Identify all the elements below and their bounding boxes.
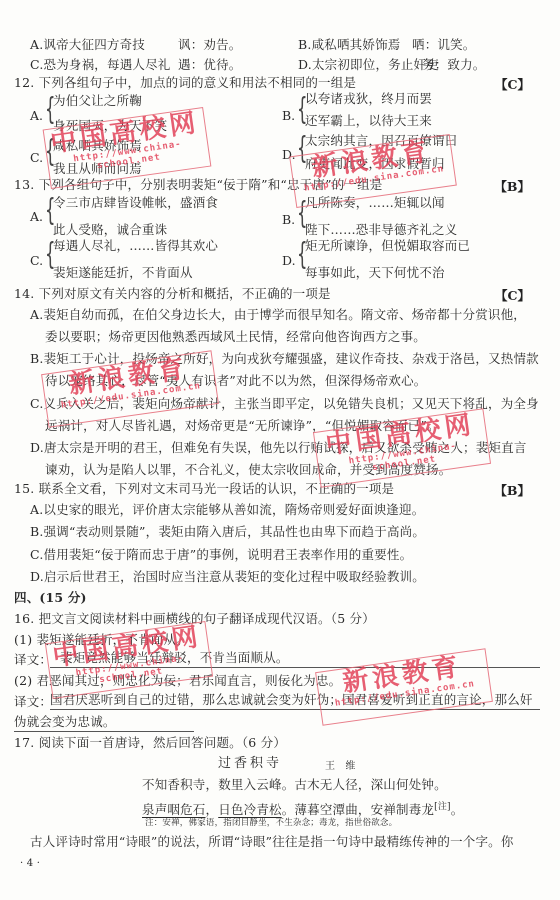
footnote-marker: [注] — [434, 802, 451, 812]
q12-b-line1: 以夸诸戎狄，终月而罢 — [305, 91, 432, 107]
q11-gloss-d: 务：致力。 — [422, 57, 486, 73]
q14-option-b-line2: 待以宠络其心，尽管“夷人有识者”对此不以为然，但深得炀帝欢心。 — [45, 373, 426, 389]
q14-option-c-line2: 远祸计，对人尽皆礼遇，对炀帝更是“无所谏诤”，“但悦媚取容而已”。 — [45, 418, 440, 434]
q12-d-line1: 太宗纳其言，因召百僚谓曰 — [305, 133, 457, 149]
q12-label-d: D. — [282, 147, 296, 162]
q13-label-b: B. — [282, 212, 295, 227]
q12-answer: 【C】 — [495, 75, 530, 93]
underlined-phrase-2: 日色冷青松 — [218, 802, 282, 817]
q13-answer: 【B】 — [494, 177, 530, 195]
q15-option-c: C.借用裴矩“佞于隋而忠于唐”的事例，说明君王表率作用的重要性。 — [30, 547, 412, 563]
q13-label-a: A. — [30, 209, 43, 224]
q13-b-line1: 凡所陈奏，……矩辄以闻 — [305, 195, 445, 211]
q12-c-line2: 我且从师而问焉 — [53, 161, 142, 177]
q14-option-c-line1: C.义兵入关之后，裴矩向炀帝献计，主张当即平定，以免错失良机；又见天下将乱，为全… — [30, 396, 539, 412]
q11-gloss-b: 哂：讥笑。 — [412, 37, 476, 53]
q12-label-a: A. — [30, 108, 43, 123]
q12-label-c: C. — [30, 150, 43, 165]
q13-c-line2: 裴矩遂能廷折，不肯面从 — [53, 265, 193, 281]
q14-answer: 【C】 — [495, 286, 530, 304]
q13-label-c: C. — [30, 253, 43, 268]
q15-option-b: B.强调“表动则景随”，裴矩由隋入唐后，其品性也由卑下而趋于高尚。 — [30, 524, 425, 540]
answer-line — [50, 709, 540, 710]
q15-answer: 【B】 — [494, 481, 530, 499]
q16-item1: (1) 裴矩遂能廷折，不肯面从。 — [14, 632, 189, 648]
underlined-phrase-1: 泉声咽危石 — [142, 802, 206, 817]
q12-stem: 12. 下列各组句子中，加点的词的意义和用法不相同的一组是 — [14, 75, 356, 91]
q16-trans2-label: 译文： — [14, 694, 52, 710]
q13-c-line1: 每遇人尽礼，……皆得其欢心 — [53, 238, 218, 254]
q11-gloss-c: 遇：优待。 — [178, 57, 242, 73]
q12-a-line2: 身死国灭，为天下笑 — [53, 118, 167, 134]
q16-trans2-answer-line2: 伪就会变为忠诚。 — [14, 714, 116, 730]
q16-stem: 16. 把文言文阅读材料中画横线的句子翻译成现代汉语。（5 分） — [14, 611, 375, 627]
q13-d-line2: 每事如此，天下何忧不治 — [305, 265, 445, 281]
q13-label-d: D. — [282, 253, 296, 268]
q11-option-d: D.太宗初即位，务止奸吏 — [298, 57, 439, 73]
q12-c-line1: 咸私哂其娇饰焉 — [53, 138, 142, 154]
q12-a-line1: 为伯父让之所鞠 — [53, 93, 142, 109]
poem-footnote: 注：安禅，佛家语，指闭目静坐，不生杂念；毒龙，指世俗欲念。 — [145, 818, 397, 829]
q14-option-b-line1: B.裴矩工于心计，投炀帝之所好，为向戎狄夸耀强盛，建议作奇技、杂戏于洛邑，又热情… — [30, 351, 539, 367]
q17-continuation: 古人评诗时常用“诗眼”的说法，所谓“诗眼”往往是指一句诗中最精练传神的一个字。你 — [30, 834, 514, 850]
q14-option-d-line1: D.唐太宗是开明的君王，但难免有失误，他先以行贿试探，后又欲杀受贿之人；裴矩直言 — [30, 440, 527, 456]
q12-b-line2: 还军霸上，以待大王来 — [305, 113, 432, 129]
q15-stem: 15. 联系全文看，下列对文末司马光一段话的认识，不正确的一项是 — [14, 481, 394, 497]
q15-option-d: D.启示后世君王，治国时应当注意从裴矩的变化过程中吸取经验教训。 — [30, 569, 425, 585]
q14-stem: 14. 下列对原文有关内容的分析和概括，不正确的一项是 — [14, 286, 331, 302]
poem-line2: 泉声咽危石，日色冷青松。薄暮空潭曲，安禅制毒龙[注]。 — [142, 799, 463, 818]
q11-option-b: B.咸私哂其娇饰焉 — [298, 37, 400, 53]
poem-line1: 不知香积寺，数里入云峰。古木无人径，深山何处钟。 — [142, 777, 447, 793]
watermark-sina-edu: 新浪教育 http://edu.sina.com.cn — [315, 648, 493, 725]
q13-stem: 13. 下列各组句子中，分别表明裴矩“佞于隋”和“忠于唐”的一组是 — [14, 177, 383, 193]
q14-option-a-line1: A.裴矩自幼而孤，在伯父身边长大，由于博学而很早知名。隋文帝、炀帝都十分赏识他， — [30, 307, 526, 323]
q14-option-a-line2: 委以要职；炀帝更因他熟悉西域风土民情，经常向他咨询西方之事。 — [45, 329, 426, 345]
q16-trans1-answer: 裴矩竟然能够当廷辩驳，不肯当面顺从。 — [60, 650, 289, 666]
q13-a-line2: 此人受赂，诚合重诛 — [53, 222, 167, 238]
page-number: · 4 · — [20, 856, 40, 872]
q14-option-d-line2: 谏劝，认为是陷人以罪，不合礼义，使太宗收回成命，并受到高度赞扬。 — [45, 462, 451, 478]
q11-option-c: C.恐为身祸，每遇人尽礼 — [30, 57, 171, 73]
q12-label-b: B. — [282, 108, 295, 123]
q16-item2: (2) 君恶闻其过，则忠化为佞；君乐闻直言，则佞化为忠。 — [14, 673, 341, 689]
q16-trans2-answer-line1: 国君厌恶听到自己的过错，那么忠诚就会变为奸伪；国君喜爱听到正直的言论，那么奸 — [50, 692, 533, 708]
q15-option-a: A.以史家的眼光，评价唐太宗能够从善如流，隋炀帝则爱好面谀逢迎。 — [30, 502, 424, 518]
q17-stem: 17. 阅读下面一首唐诗，然后回答问题。（6 分） — [14, 735, 286, 751]
poem-title: 过香积寺 — [218, 756, 282, 772]
q13-a-line1: 令三市店肆皆设帷帐，盛酒食 — [53, 195, 218, 211]
section-4-heading: 四、(15 分) — [14, 590, 87, 606]
poem-author: 王 维 — [325, 759, 356, 775]
q13-b-line2: 陛下……恐非导德齐礼之义 — [305, 222, 457, 238]
q11-gloss-a: 讽：劝告。 — [178, 37, 242, 53]
q13-d-line1: 矩无所谏诤，但悦媚取容而已 — [305, 238, 470, 254]
answer-line — [50, 667, 540, 668]
answer-line — [14, 731, 194, 732]
q12-d-line2: 府吏闻此变，因求假暂归 — [305, 156, 445, 172]
q11-option-a: A.讽帝大征四方奇技 — [30, 37, 145, 53]
q16-trans1-label: 译文： — [14, 652, 52, 668]
exam-page: A.讽帝大征四方奇技 讽：劝告。 B.咸私哂其娇饰焉 哂：讥笑。 C.恐为身祸，… — [0, 0, 560, 900]
